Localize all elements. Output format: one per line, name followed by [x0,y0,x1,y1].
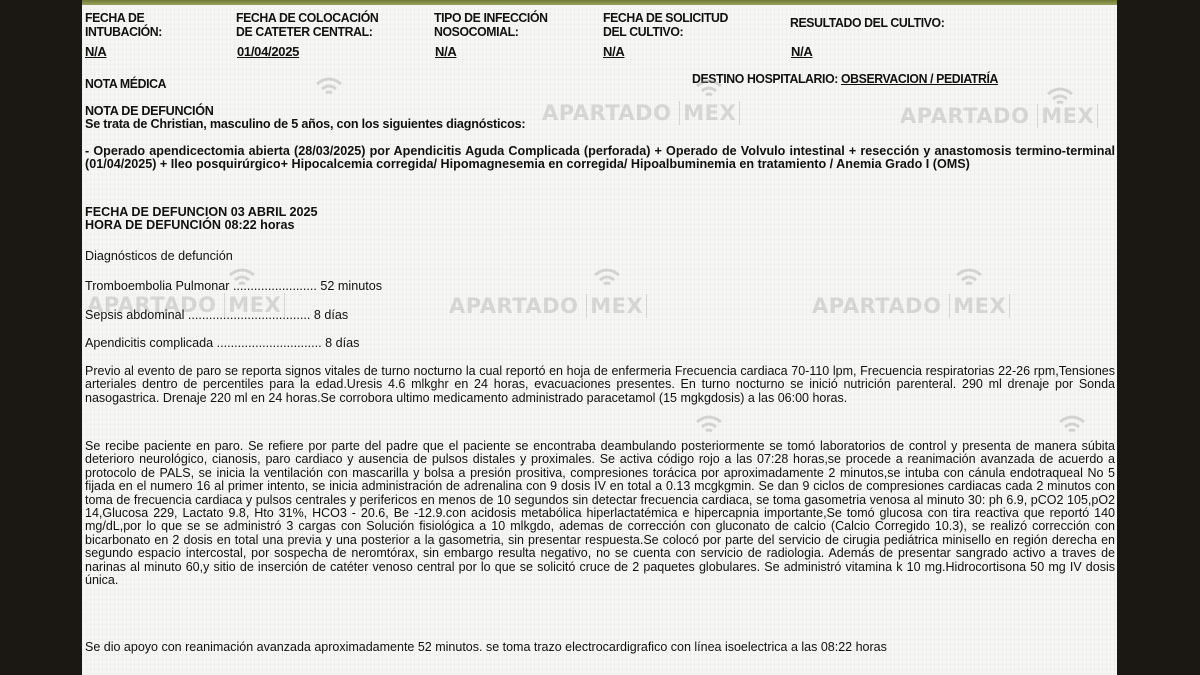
paragraph-conclusion: Se dio apoyo con reanimación avanzada ap… [85,641,1115,654]
top-band [82,0,1117,5]
header-label-resultado-cultivo: RESULTADO DEL CULTIVO: [790,16,944,30]
wifi-signal-icon [592,265,622,287]
header-value-cateter: 01/04/2025 [237,44,299,59]
nota-defuncion-heading: NOTA DE DEFUNCIÓN Se trata de Christian,… [85,105,525,131]
paragraph-signos-vitales: Previo al evento de paro se reporta sign… [85,365,1115,405]
nota-medica-label: NOTA MÉDICA [85,77,166,91]
watermark: APARTADO MEX [812,294,1010,318]
wifi-signal-icon [694,412,724,434]
wifi-signal-icon [1045,84,1075,106]
document-page: FECHA DEINTUBACIÓN: FECHA DE COLOCACIÓND… [82,0,1117,675]
watermark: APARTADO MEX [900,104,1098,128]
header-label-solicitud-cultivo: FECHA DE SOLICITUDDEL CULTIVO: [603,11,728,39]
header-label-intubacion: FECHA DEINTUBACIÓN: [85,11,162,39]
destino-hospitalario: DESTINO HOSPITALARIO: OBSERVACION / PEDI… [692,72,998,86]
diag-row-apendicitis: Apendicitis complicada .................… [85,336,359,350]
diag-row-sepsis: Sepsis abdominal .......................… [85,308,348,322]
wifi-signal-icon [954,265,984,287]
header-value-infeccion: N/A [435,44,457,59]
paragraph-reanimacion: Se recibe paciente en paro. Se refiere p… [85,440,1115,587]
death-date-time: FECHA DE DEFUNCION 03 ABRIL 2025 HORA DE… [85,206,318,232]
wifi-signal-icon [314,74,344,96]
diag-defuncion-title: Diagnósticos de defunción [85,250,233,263]
destino-value: OBSERVACION / PEDIATRÍA [841,71,998,86]
diag-row-tromboembolia: Tromboembolia Pulmonar .................… [85,279,382,293]
header-label-infeccion: TIPO DE INFECCIÓNNOSOCOMIAL: [434,11,548,39]
header-value-intubacion: N/A [85,44,107,59]
diagnoses-list: - Operado apendicectomia abierta (28/03/… [85,145,1115,171]
wifi-signal-icon [694,76,724,98]
watermark: APARTADO MEX [542,101,740,125]
header-label-cateter: FECHA DE COLOCACIÓNDE CATETER CENTRAL: [236,11,378,39]
watermark: APARTADO MEX [449,294,647,318]
wifi-signal-icon [1057,412,1087,434]
hora-defuncion: HORA DE DEFUNCIÓN 08:22 horas [85,219,318,232]
header-value-resultado-cultivo: N/A [791,44,813,59]
header-value-solicitud-cultivo: N/A [603,44,625,59]
